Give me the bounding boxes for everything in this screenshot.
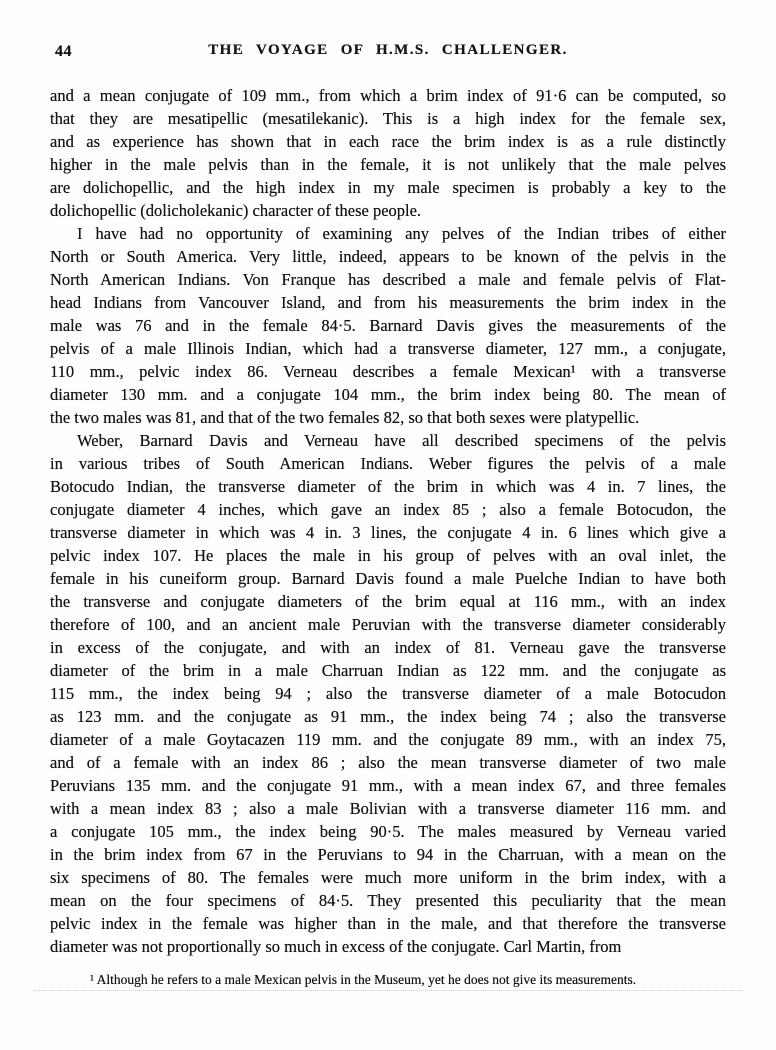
text-line: in excess of the conjugate, and with an … [50, 636, 726, 659]
text-line: pelvis of a male Illinois Indian, which … [50, 337, 726, 360]
text-line: diameter of the brim in a male Charruan … [50, 659, 726, 682]
text-line: a conjugate 105 mm., the index being 90·… [50, 820, 726, 843]
text-line: Botocudo Indian, the transverse diameter… [50, 475, 726, 498]
text-line: mean on the four specimens of 84·5. They… [50, 889, 726, 912]
text-line: and a mean conjugate of 109 mm., from wh… [50, 84, 726, 107]
text-line: with a mean index 83 ; also a male Boliv… [50, 797, 726, 820]
scan-artifact-line [34, 990, 742, 991]
paragraph: I have had no opportunity of examining a… [50, 222, 726, 429]
text-line: head Indians from Vancouver Island, and … [50, 291, 726, 314]
text-line: 110 mm., pelvic index 86. Verneau descri… [50, 360, 726, 383]
text-line: in the brim index from 67 in the Peruvia… [50, 843, 726, 866]
text-line: Weber, Barnard Davis and Verneau have al… [50, 429, 726, 452]
text-line: and of a female with an index 86 ; also … [50, 751, 726, 774]
text-line: female in his cuneiform group. Barnard D… [50, 567, 726, 590]
text-line: six specimens of 80. The females were mu… [50, 866, 726, 889]
body-text: and a mean conjugate of 109 mm., from wh… [50, 84, 726, 958]
text-line: pelvic index in the female was higher th… [50, 912, 726, 935]
footnote: ¹ Although he refers to a male Mexican p… [50, 971, 726, 988]
text-line: pelvic index 107. He places the male in … [50, 544, 726, 567]
text-line: as 123 mm. and the conjugate as 91 mm., … [50, 705, 726, 728]
paragraph: Weber, Barnard Davis and Verneau have al… [50, 429, 726, 958]
text-line: diameter of a male Goytacazen 119 mm. an… [50, 728, 726, 751]
running-header: 44 THE VOYAGE OF H.M.S. CHALLENGER. [50, 42, 726, 62]
text-line: that they are mesatipellic (mesatilekani… [50, 107, 726, 130]
text-line: conjugate diameter 4 inches, which gave … [50, 498, 726, 521]
text-line: dolichopellic (dolicholekanic) character… [50, 199, 726, 222]
book-page: 44 THE VOYAGE OF H.M.S. CHALLENGER. and … [0, 0, 776, 1050]
page-title: THE VOYAGE OF H.M.S. CHALLENGER. [50, 42, 726, 59]
text-line: the transverse and conjugate diameters o… [50, 590, 726, 613]
text-line: are dolichopellic, and the high index in… [50, 176, 726, 199]
text-line: male was 76 and in the female 84·5. Barn… [50, 314, 726, 337]
text-line: North or South America. Very little, ind… [50, 245, 726, 268]
text-line: therefore of 100, and an ancient male Pe… [50, 613, 726, 636]
text-line: North American Indians. Von Franque has … [50, 268, 726, 291]
text-line: the two males was 81, and that of the tw… [50, 406, 726, 429]
text-line: diameter was not proportionally so much … [50, 935, 726, 958]
paragraph: and a mean conjugate of 109 mm., from wh… [50, 84, 726, 222]
text-line: I have had no opportunity of examining a… [50, 222, 726, 245]
text-line: 115 mm., the index being 94 ; also the t… [50, 682, 726, 705]
text-line: diameter 130 mm. and a conjugate 104 mm.… [50, 383, 726, 406]
text-line: transverse diameter in which was 4 in. 3… [50, 521, 726, 544]
text-line: Peruvians 135 mm. and the conjugate 91 m… [50, 774, 726, 797]
text-line: in various tribes of South American Indi… [50, 452, 726, 475]
text-line: and as experience has shown that in each… [50, 130, 726, 153]
text-line: higher in the male pelvis than in the fe… [50, 153, 726, 176]
